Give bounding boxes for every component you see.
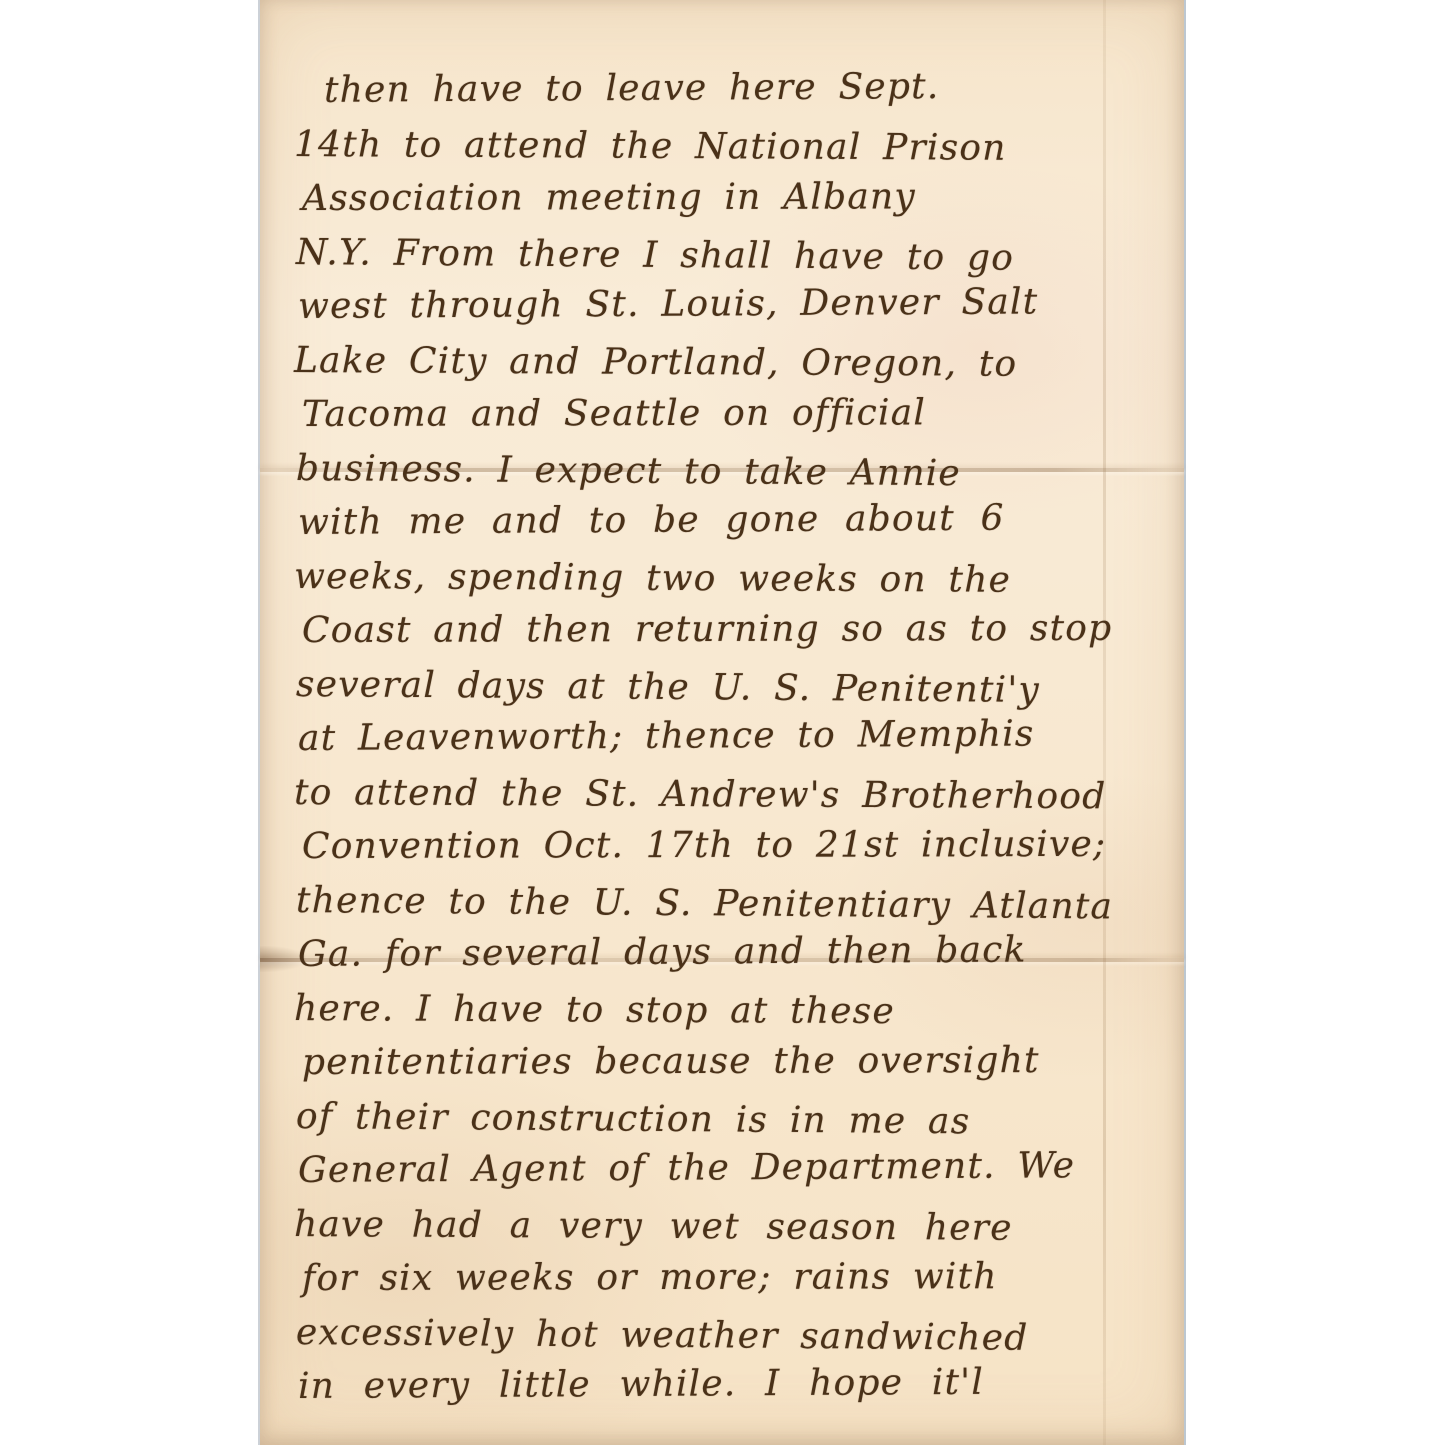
letter-line: Coast and then returning so as to stop — [302, 602, 1186, 658]
letter-line: Convention Oct. 17th to 21st inclusive; — [302, 818, 1186, 874]
letter-line: then have to leave here Sept. — [298, 59, 1182, 118]
letter-line: have had a very wet season here — [294, 1198, 1178, 1257]
letter-line: west through St. Louis, Denver Salt — [298, 275, 1182, 334]
letter-line: here. I have to stop at these — [294, 982, 1178, 1041]
letter-line: weeks, spending two weeks on the — [294, 550, 1178, 609]
letter-text: then have to leave here Sept.14th to att… — [294, 64, 1178, 1414]
letter-line: Ga. for several days and then back — [298, 923, 1182, 982]
letter-line: to attend the St. Andrew's Brotherhood — [294, 766, 1178, 825]
letter-line: Lake City and Portland, Oregon, to — [294, 334, 1178, 393]
letter-page: then have to leave here Sept.14th to att… — [258, 0, 1186, 1445]
letter-line: penitentiaries because the oversight — [302, 1034, 1186, 1090]
scan-background: then have to leave here Sept.14th to att… — [0, 0, 1445, 1445]
letter-line: in every little while. I hope it'l — [298, 1355, 1182, 1414]
letter-line: at Leavenworth; thence to Memphis — [298, 707, 1182, 766]
letter-line: General Agent of the Department. We — [298, 1139, 1182, 1198]
letter-line: for six weeks or more; rains with — [302, 1250, 1186, 1306]
letter-line: Association meeting in Albany — [302, 170, 1186, 226]
letter-line: Tacoma and Seattle on official — [302, 386, 1186, 442]
letter-line: 14th to attend the National Prison — [294, 118, 1178, 177]
letter-line: with me and to be gone about 6 — [298, 491, 1182, 550]
